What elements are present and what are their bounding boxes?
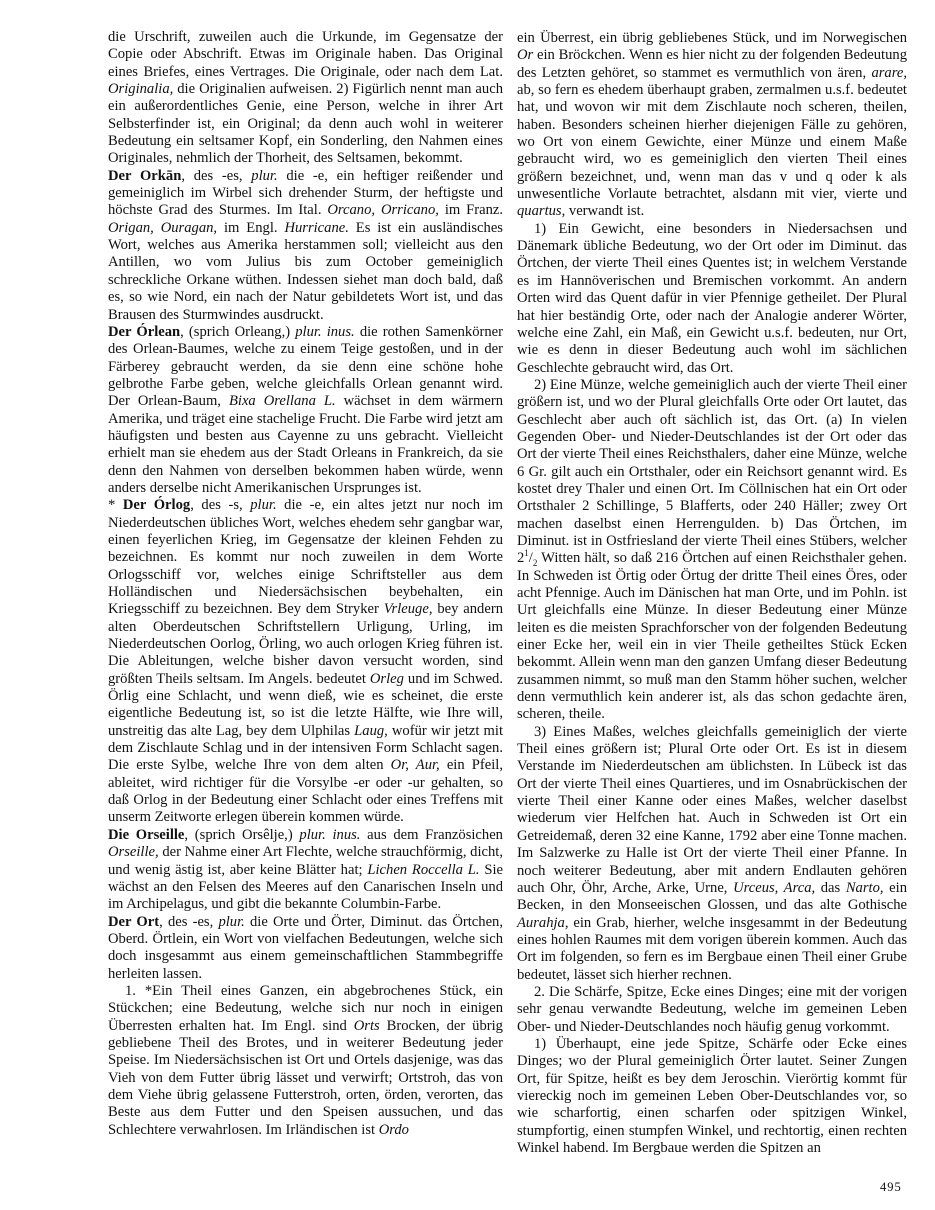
italic-term: arare,	[871, 65, 907, 81]
dictionary-paragraph: 1) Überhaupt, eine jede Spitze, Schärfe …	[517, 1036, 907, 1157]
dictionary-paragraph: die Urschrift, zuweilen auch die Urkunde…	[108, 29, 503, 168]
italic-term: Orcano, Orricano,	[327, 202, 439, 218]
body-text: im Engl.	[217, 220, 284, 236]
body-text: 2) Eine Münze, welche gemeiniglich auch …	[517, 377, 907, 566]
body-text: *	[108, 497, 123, 513]
body-text: 2. Die Schärfe, Spitze, Ecke eines Dinge…	[517, 984, 907, 1035]
body-text: verwandt ist.	[565, 203, 644, 219]
italic-term: Orleg	[370, 671, 404, 687]
body-text: 1) Ein Gewicht, eine besonders in Nieder…	[517, 221, 907, 376]
italic-term: quartus,	[517, 203, 565, 219]
left-column: die Urschrift, zuweilen auch die Urkunde…	[108, 29, 503, 1139]
italic-term: Vrleuge,	[384, 601, 433, 617]
body-text: ein Bröckchen. Wenn es hier nicht zu der…	[517, 47, 907, 80]
body-text: , des -s,	[190, 497, 250, 513]
dictionary-paragraph: 3) Eines Maßes, welches gleichfalls geme…	[517, 724, 907, 984]
italic-term: Hurricane.	[284, 220, 348, 236]
body-text: , des -es,	[181, 168, 251, 184]
headword: Der Ort	[108, 914, 159, 930]
italic-term: Originalia,	[108, 81, 173, 97]
italic-term: Orts	[354, 1018, 380, 1034]
body-text: das	[815, 880, 846, 896]
headword: Der Orkān	[108, 168, 181, 184]
body-text: ein Grab, hierher, welche insgesammt in …	[517, 915, 907, 983]
dictionary-paragraph: 1) Ein Gewicht, eine besonders in Nieder…	[517, 221, 907, 377]
dictionary-paragraph: Der Órlean, (sprich Orleang,) plur. inus…	[108, 324, 503, 497]
body-text: ein Überrest, ein übrig gebliebenes Stüc…	[517, 30, 907, 46]
italic-term: plur.	[218, 914, 244, 930]
dictionary-paragraph: 1. *Ein Theil eines Ganzen, ein abgebroc…	[108, 983, 503, 1139]
italic-term: Bixa Orellana L.	[229, 393, 336, 409]
body-text: , (sprich Orsêlje,)	[184, 827, 299, 843]
italic-term: Or, Aur,	[391, 757, 440, 773]
dictionary-page: die Urschrift, zuweilen auch die Urkunde…	[0, 0, 935, 1210]
headword: Die Orseille	[108, 827, 184, 843]
body-text: die -e, ein altes jetzt nur noch im Nied…	[108, 497, 503, 617]
dictionary-paragraph: ein Überrest, ein übrig gebliebenes Stüc…	[517, 30, 907, 221]
italic-term: plur. inus.	[299, 827, 360, 843]
italic-term: Urceus, Arca,	[733, 880, 815, 896]
dictionary-paragraph: Der Orkān, des -es, plur. die -e, ein he…	[108, 168, 503, 324]
italic-term: Aurahja,	[517, 915, 568, 931]
italic-term: Or	[517, 47, 533, 63]
body-text: , (sprich Orleang,)	[180, 324, 295, 340]
body-text: 1) Überhaupt, eine jede Spitze, Schärfe …	[517, 1036, 907, 1156]
italic-term: Origan, Ouragan,	[108, 220, 217, 236]
dictionary-paragraph: Die Orseille, (sprich Orsêlje,) plur. in…	[108, 827, 503, 914]
body-text: Witten hält, so daß 216 Örtchen auf eine…	[517, 550, 907, 722]
dictionary-paragraph: 2) Eine Münze, welche gemeiniglich auch …	[517, 377, 907, 724]
italic-term: plur. inus.	[295, 324, 354, 340]
body-text: Brocken, der übrig gebliebene Theil des …	[108, 1018, 503, 1138]
right-column: ein Überrest, ein übrig gebliebenes Stüc…	[517, 30, 907, 1157]
headword: Der Órlog	[123, 497, 190, 513]
italic-term: plur.	[250, 497, 276, 513]
italic-term: Ordo	[379, 1122, 409, 1138]
italic-term: Laug,	[354, 723, 388, 739]
dictionary-paragraph: Der Ort, des -es, plur. die Orte und Ört…	[108, 914, 503, 983]
body-text: , des -es,	[159, 914, 218, 930]
page-number: 495	[880, 1180, 902, 1195]
italic-term: Narto,	[846, 880, 884, 896]
body-text: die Urschrift, zuweilen auch die Urkunde…	[108, 29, 503, 80]
dictionary-paragraph: * Der Órlog, des -s, plur. die -e, ein a…	[108, 497, 503, 827]
body-text: ab, so fern es ehedem überhaupt graben, …	[517, 82, 907, 202]
body-text: 3) Eines Maßes, welches gleichfalls geme…	[517, 724, 907, 896]
body-text: aus dem Französichen	[360, 827, 503, 843]
headword: Der Órlean	[108, 324, 180, 340]
italic-term: plur.	[251, 168, 277, 184]
body-text: im Franz.	[439, 202, 503, 218]
italic-term: Orseille,	[108, 844, 159, 860]
italic-term: Lichen Roccella L.	[367, 862, 479, 878]
dictionary-paragraph: 2. Die Schärfe, Spitze, Ecke eines Dinge…	[517, 984, 907, 1036]
